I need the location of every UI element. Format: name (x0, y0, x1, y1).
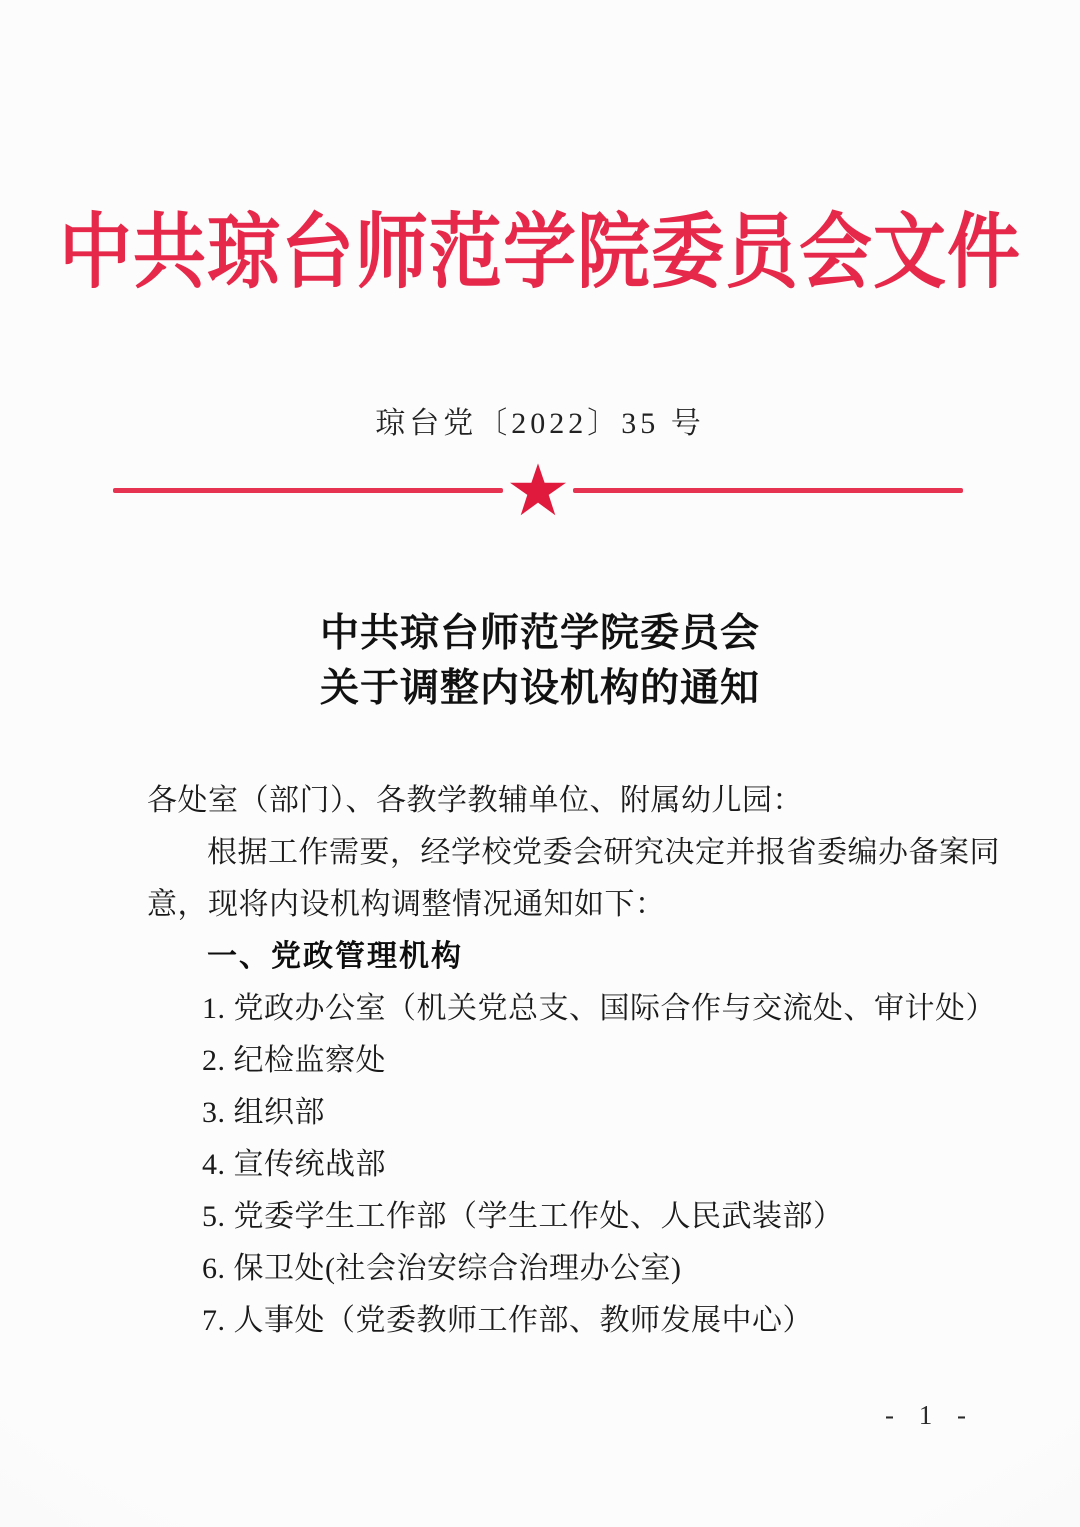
document-title-line1: 中共琼台师范学院委员会 (0, 606, 1080, 661)
list-item: 5. 党委学生工作部（学生工作处、人民武装部） (147, 1191, 969, 1243)
intro-line: 根据工作需要，经学校党委会研究决定并报省委编办备案同 (147, 827, 969, 879)
document-number: 琼台党〔2022〕35 号 (0, 398, 1080, 442)
document-title: 中共琼台师范学院委员会 关于调整内设机构的通知 (0, 606, 1080, 716)
page-number: - 1 - (860, 1400, 1000, 1431)
red-letterhead-title: 中共琼台师范学院委员会文件 (0, 186, 1080, 304)
red-rule-left (113, 488, 503, 493)
document-page: 中共琼台师范学院委员会文件 琼台党〔2022〕35 号 中共琼台师范学院委员会 … (0, 0, 1080, 1527)
salutation: 各处室（部门）、各教学教辅单位、附属幼儿园： (147, 775, 969, 827)
list-item: 1. 党政办公室（机关党总支、国际合作与交流处、审计处） (147, 983, 969, 1035)
list-item: 4. 宣传统战部 (147, 1139, 969, 1191)
intro-line: 意，现将内设机构调整情况通知如下： (147, 879, 969, 931)
list-item: 3. 组织部 (147, 1087, 969, 1139)
list-item: 6. 保卫处(社会治安综合治理办公室) (147, 1243, 969, 1295)
red-star-icon (510, 463, 566, 517)
document-title-line2: 关于调整内设机构的通知 (0, 661, 1080, 716)
document-body: 各处室（部门）、各教学教辅单位、附属幼儿园： 根据工作需要，经学校党委会研究决定… (147, 775, 969, 1347)
red-rule-right (573, 488, 963, 493)
section-heading: 一、党政管理机构 (147, 931, 969, 983)
red-divider (113, 462, 963, 518)
list-item: 2. 纪检监察处 (147, 1035, 969, 1087)
list-item: 7. 人事处（党委教师工作部、教师发展中心） (147, 1295, 969, 1347)
